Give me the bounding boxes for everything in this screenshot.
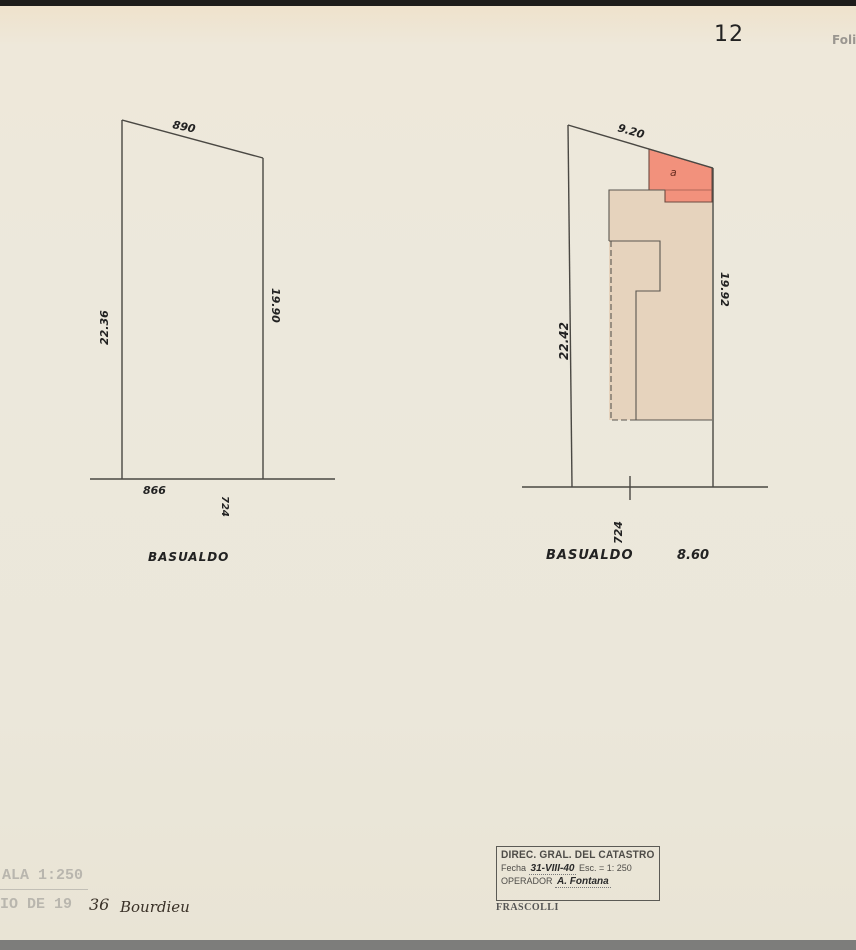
- scale-preprint: ALA 1:250: [2, 867, 83, 884]
- left-bottom-dimension: 866: [143, 484, 166, 497]
- signature: Bourdieu: [120, 898, 190, 916]
- right-right-dimension: 19.92: [718, 272, 731, 307]
- left-left-dimension: 22.36: [98, 310, 111, 345]
- area-a-label: a: [670, 166, 677, 179]
- printer-mark: FRASCOLLI: [496, 902, 559, 913]
- left-street-number: 724: [219, 496, 230, 517]
- stamp-fecha-row: Fecha 31-VIII-40 Esc. = 1: 250: [501, 863, 655, 874]
- stamp-escala: Esc. = 1: 250: [579, 863, 632, 873]
- date-preprint: IO DE 19: [0, 896, 72, 913]
- right-top-dimension: 9.20: [616, 121, 646, 141]
- left-street-name: BASUALDO: [148, 550, 229, 564]
- stamp-operador-value: A. Fontana: [555, 876, 611, 888]
- handwritten-year: 36: [89, 895, 109, 914]
- preprint-rule: [0, 889, 88, 890]
- stamp-operador-row: OPERADOR A. Fontana: [501, 876, 655, 887]
- stamp-operador-label: OPERADOR: [501, 876, 553, 886]
- left-plot-outline: [90, 120, 335, 479]
- right-street-name: BASUALDO: [546, 548, 634, 563]
- right-plot-building: [609, 149, 712, 420]
- stamp-fecha-label: Fecha: [501, 863, 526, 873]
- stamp-fecha-value: 31-VIII-40: [529, 863, 577, 875]
- right-street-width: 8.60: [677, 548, 709, 563]
- plot-drawings: 890 22.36 19.90 866 724 BASUALDO 9.20 a …: [0, 0, 856, 950]
- catastro-stamp: DIREC. GRAL. DEL CATASTRO Fecha 31-VIII-…: [496, 846, 660, 901]
- stamp-title: DIREC. GRAL. DEL CATASTRO: [501, 849, 643, 861]
- right-left-dimension: 22.42: [557, 322, 571, 360]
- left-top-dimension: 890: [171, 118, 197, 136]
- right-street-number: 724: [612, 521, 625, 544]
- left-right-dimension: 19.90: [269, 288, 282, 323]
